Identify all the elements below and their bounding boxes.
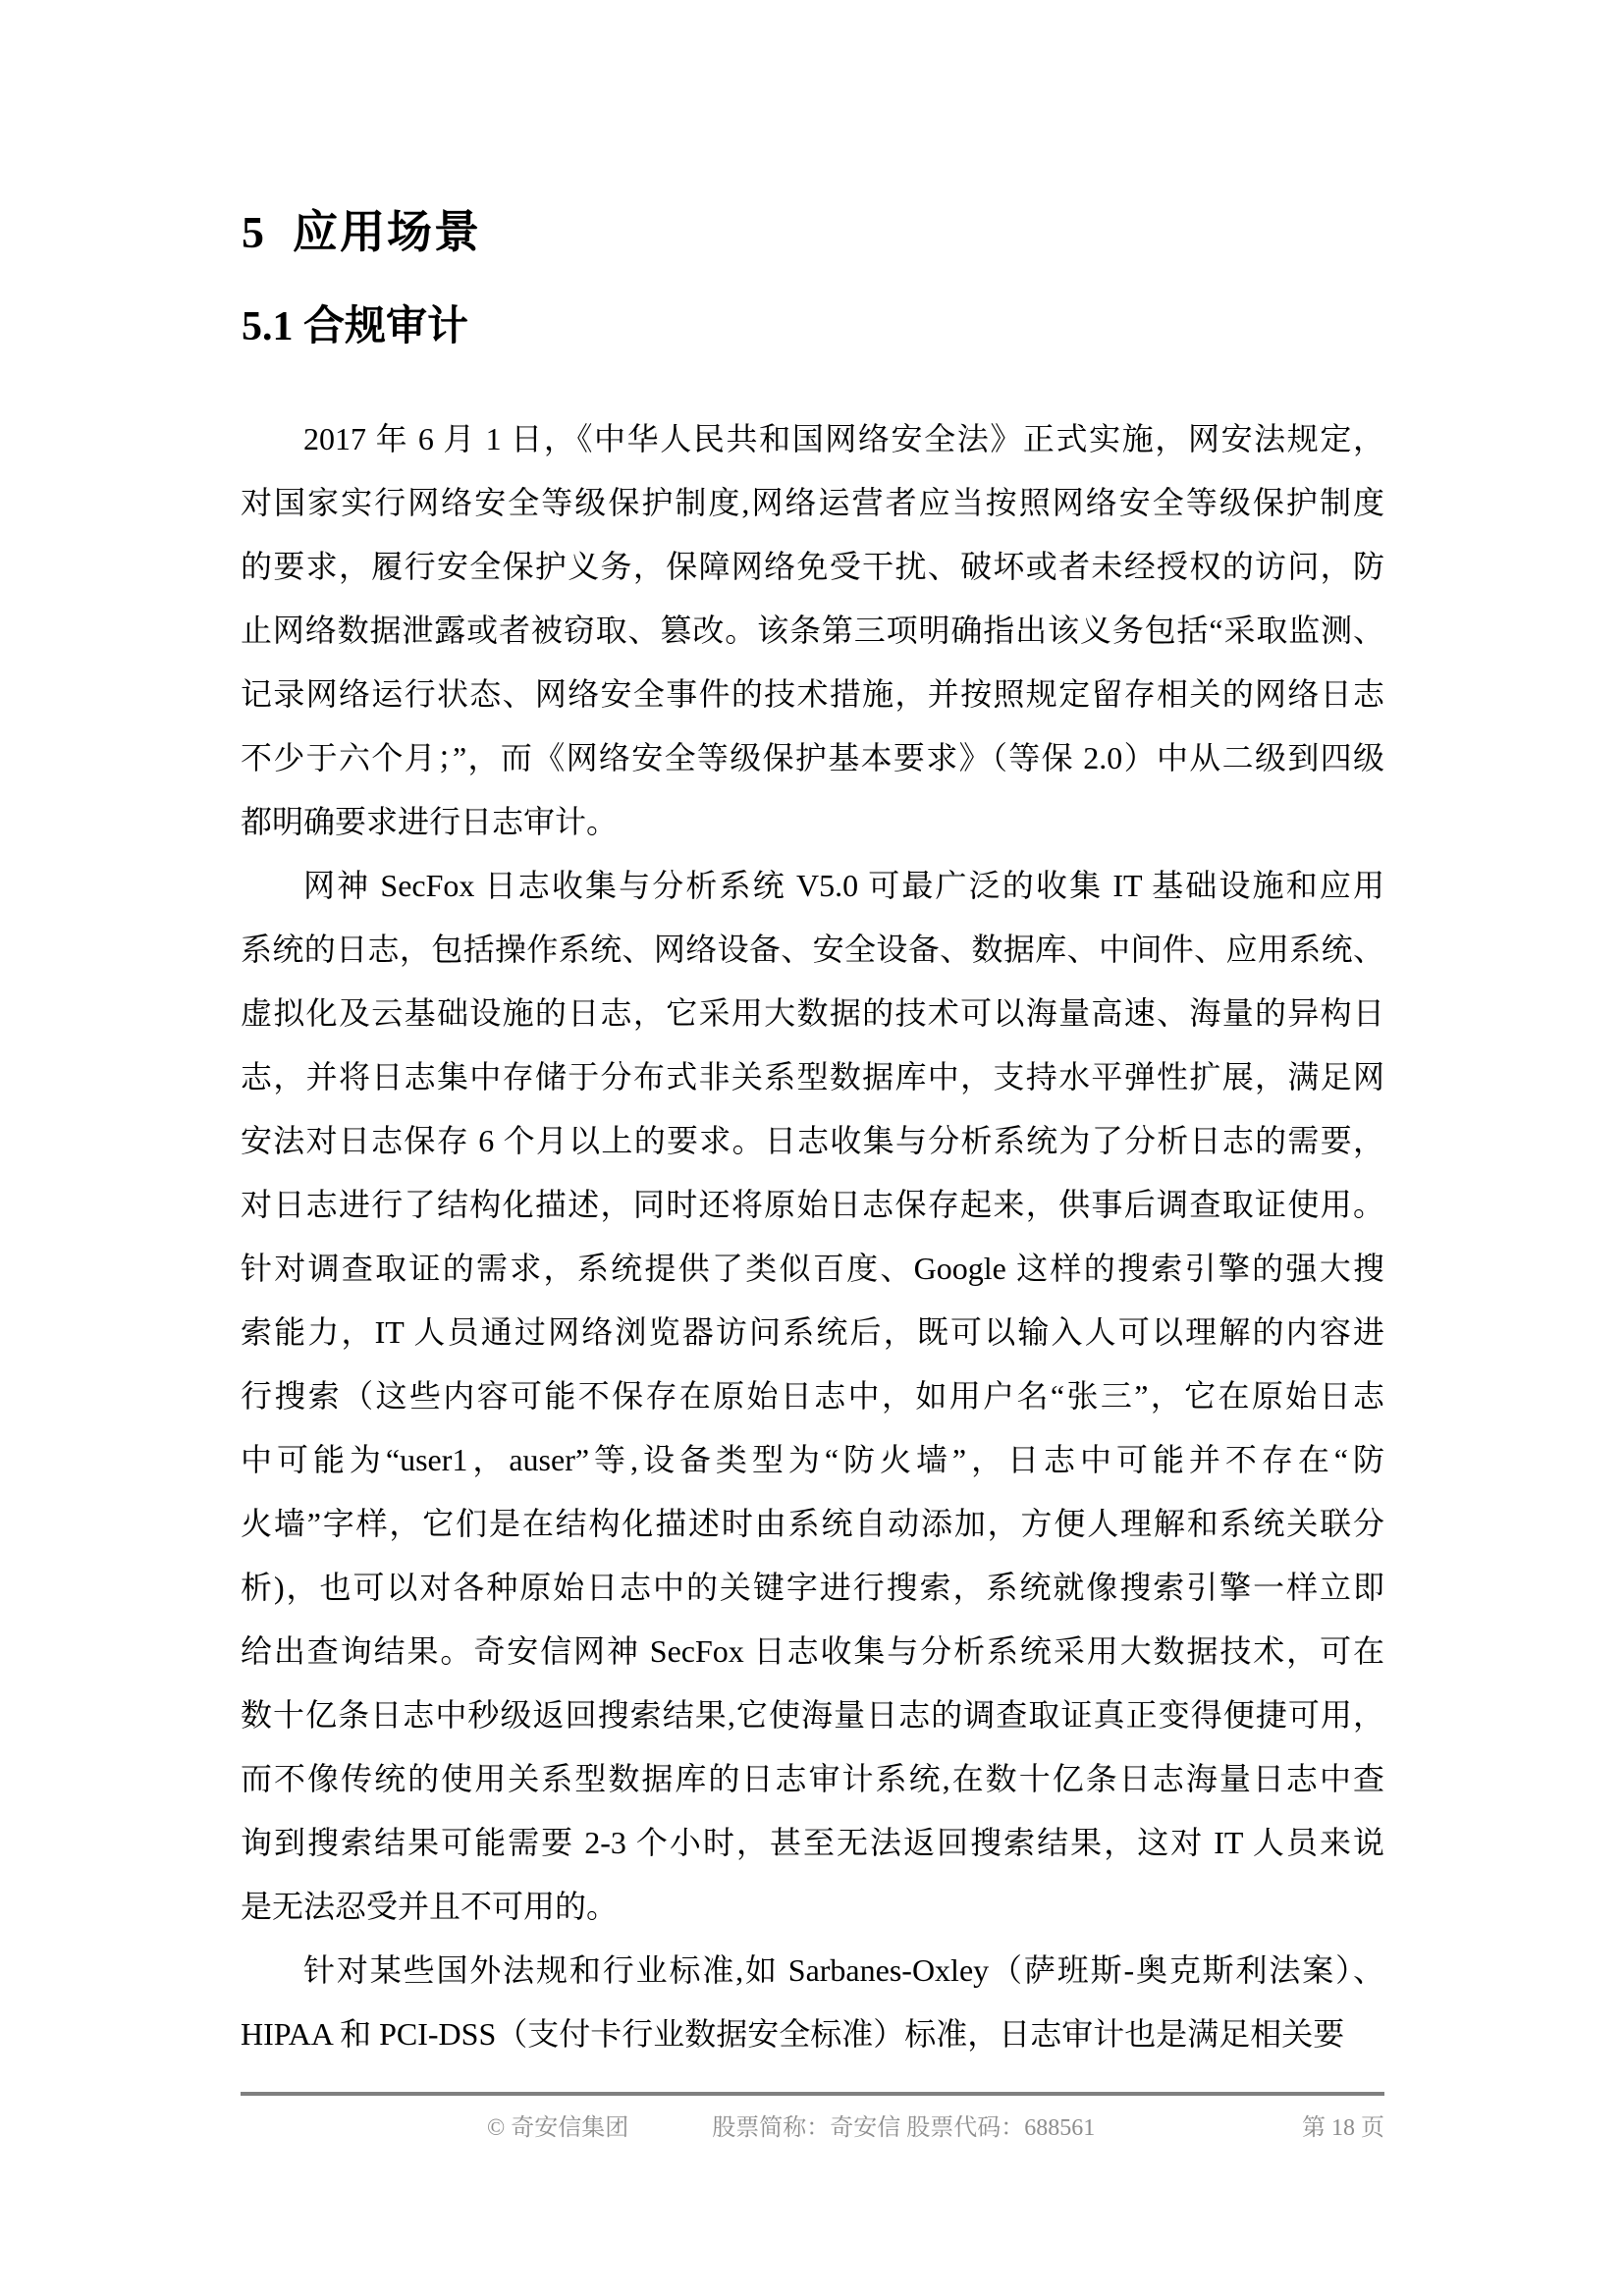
page-footer: © 奇安信集团 股票简称：奇安信 股票代码：688561 第 18 页: [241, 2111, 1384, 2145]
text-line: 不少于六个月；”，而《网络安全等级保护基本要求》（等保 2.0）中从二级到四级: [241, 726, 1384, 790]
text-line: 安法对日志保存 6 个月以上的要求。日志收集与分析系统为了分析日志的需要，: [241, 1109, 1384, 1173]
footer-copyright: © 奇安信集团: [487, 2111, 628, 2145]
text-line: 索能力，IT 人员通过网络浏览器访问系统后，既可以输入人可以理解的内容进: [241, 1301, 1384, 1364]
text-line: 对日志进行了结构化描述，同时还将原始日志保存起来，供事后调查取证使用。: [241, 1173, 1384, 1237]
text-line: 数十亿条日志中秒级返回搜索结果,它使海量日志的调查取证真正变得便捷可用，: [241, 1683, 1384, 1747]
text-line: 系统的日志，包括操作系统、网络设备、安全设备、数据库、中间件、应用系统、: [241, 918, 1384, 982]
subsection-heading: 5.1 合规审计: [242, 304, 468, 349]
text-line: 中可能为“user1，auser”等,设备类型为“防火墙”，日志中可能并不存在“…: [241, 1428, 1384, 1492]
text-line: 记录网络运行状态、网络安全事件的技术措施，并按照规定留存相关的网络日志: [241, 663, 1384, 726]
text-line: 针对某些国外法规和行业标准,如 Sarbanes-Oxley（萨班斯-奥克斯利法…: [241, 1939, 1384, 2002]
document-body: 2017 年 6 月 1 日，《中华人民共和国网络安全法》正式实施，网安法规定，…: [241, 407, 1384, 2066]
text-line: 网神 SecFox 日志收集与分析系统 V5.0 可最广泛的收集 IT 基础设施…: [241, 854, 1384, 918]
text-line: 是无法忍受并且不可用的。: [241, 1875, 1384, 1939]
text-line: 行搜索（这些内容可能不保存在原始日志中，如用户名“张三”，它在原始日志: [241, 1364, 1384, 1428]
text-line: HIPAA 和 PCI-DSS（支付卡行业数据安全标准）标准，日志审计也是满足相…: [241, 2002, 1384, 2066]
text-line: 火墙”字样，它们是在结构化描述时由系统自动添加，方便人理解和系统关联分: [241, 1492, 1384, 1556]
text-line: 虚拟化及云基础设施的日志，它采用大数据的技术可以海量高速、海量的异构日: [241, 982, 1384, 1045]
footer-page-number: 第 18 页: [1302, 2111, 1384, 2145]
text-line: 2017 年 6 月 1 日，《中华人民共和国网络安全法》正式实施，网安法规定，: [241, 407, 1384, 471]
text-line: 的要求，履行安全保护义务，保障网络免受干扰、破坏或者未经授权的访问，防: [241, 535, 1384, 599]
footer-divider: [241, 2092, 1384, 2096]
text-line: 而不像传统的使用关系型数据库的日志审计系统,在数十亿条日志海量日志中查: [241, 1747, 1384, 1811]
text-line: 针对调查取证的需求，系统提供了类似百度、Google 这样的搜索引擎的强大搜: [241, 1237, 1384, 1301]
text-line: 都明确要求进行日志审计。: [241, 790, 1384, 854]
footer-stock-info: 股票简称：奇安信 股票代码：688561: [712, 2111, 1095, 2145]
text-line: 询到搜索结果可能需要 2-3 个小时，甚至无法返回搜索结果，这对 IT 人员来说: [241, 1811, 1384, 1875]
text-line: 给出查询结果。奇安信网神 SecFox 日志收集与分析系统采用大数据技术，可在: [241, 1620, 1384, 1683]
text-line: 析)，也可以对各种原始日志中的关键字进行搜索，系统就像搜索引擎一样立即: [241, 1556, 1384, 1620]
text-line: 志，并将日志集中存储于分布式非关系型数据库中，支持水平弹性扩展，满足网: [241, 1045, 1384, 1109]
document-page: 5 应用场景 5.1 合规审计 2017 年 6 月 1 日，《中华人民共和国网…: [0, 0, 1624, 2296]
text-line: 对国家实行网络安全等级保护制度,网络运营者应当按照网络安全等级保护制度: [241, 471, 1384, 535]
section-heading: 5 应用场景: [242, 208, 481, 258]
text-line: 止网络数据泄露或者被窃取、篡改。该条第三项明确指出该义务包括“采取监测、: [241, 599, 1384, 663]
